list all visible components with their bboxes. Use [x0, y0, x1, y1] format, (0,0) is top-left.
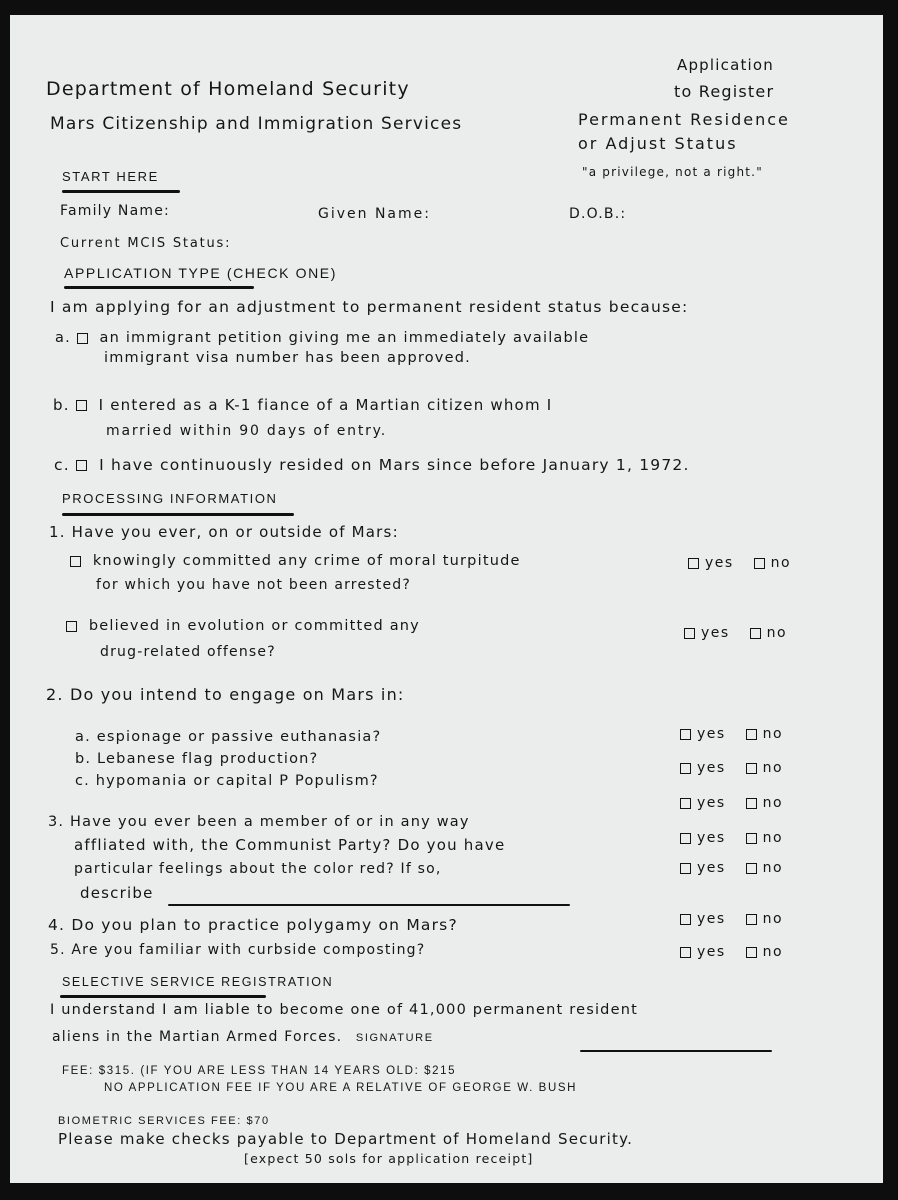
- option-b-checkbox[interactable]: [76, 400, 87, 411]
- question-1-item-2-text: believed in evolution or committed any: [89, 618, 420, 634]
- option-a-line2: immigrant visa number has been approved.: [104, 351, 471, 366]
- application-intro: I am applying for an adjustment to perma…: [50, 300, 688, 316]
- q1-item1-yes-checkbox[interactable]: [688, 558, 699, 569]
- q4-yes-checkbox[interactable]: [680, 914, 691, 925]
- yes-label: yes: [697, 830, 726, 846]
- question-1-item-1-checkbox[interactable]: [70, 556, 81, 567]
- yes-label: yes: [705, 555, 734, 571]
- question-1-item-1-line2: for which you have not been arrested?: [96, 578, 411, 592]
- q2a-letter: a.: [75, 729, 91, 745]
- selective-service-underline: [60, 995, 266, 998]
- question-3-line3: particular feelings about the color red?…: [74, 862, 442, 876]
- yes-label: yes: [697, 911, 726, 927]
- payable-line: Please make checks payable to Department…: [58, 1132, 633, 1147]
- option-b-letter: b.: [53, 396, 70, 414]
- q4-no-checkbox[interactable]: [746, 914, 757, 925]
- q2c-yes-checkbox[interactable]: [680, 798, 691, 809]
- option-c-text: I have continuously resided on Mars sinc…: [99, 456, 689, 474]
- q2a-yes-no: yes no: [680, 727, 797, 741]
- no-label: no: [763, 726, 783, 742]
- no-label: no: [763, 830, 783, 846]
- option-a-checkbox[interactable]: [77, 333, 88, 344]
- q3a-no-checkbox[interactable]: [746, 833, 757, 844]
- application-type-underline: [64, 286, 254, 289]
- q2a-no-checkbox[interactable]: [746, 729, 757, 740]
- question-2-item-c: c. hypomania or capital P Populism?: [75, 774, 379, 789]
- tagline: "a privilege, not a right.": [582, 166, 763, 178]
- processing-underline: [62, 513, 294, 516]
- q3b-yes-no: yes no: [680, 861, 797, 875]
- fee-waiver-line: NO APPLICATION FEE IF YOU ARE A RELATIVE…: [104, 1083, 577, 1095]
- question-1-item-2-checkbox[interactable]: [66, 621, 77, 632]
- yes-label: yes: [697, 760, 726, 776]
- q2a-yes-checkbox[interactable]: [680, 729, 691, 740]
- selective-service-line1: I understand I am liable to become one o…: [50, 1003, 638, 1018]
- q4-yes-no: yes no: [680, 912, 797, 926]
- option-c-letter: c.: [54, 456, 70, 474]
- option-b: b. I entered as a K-1 fiance of a Martia…: [53, 398, 552, 413]
- q2b-letter: b.: [75, 751, 91, 767]
- question-1-item-2-line2: drug-related offense?: [100, 645, 276, 659]
- option-c: c. I have continuously resided on Mars s…: [54, 458, 690, 474]
- question-3-line1: 3. Have you ever been a member of or in …: [48, 815, 470, 830]
- question-2-item-b: b. Lebanese flag production?: [75, 752, 318, 767]
- q5-yes-checkbox[interactable]: [680, 947, 691, 958]
- question-3-line4: describe: [80, 886, 154, 901]
- question-1-item-2-yes-no: yes no: [684, 626, 801, 640]
- no-label: no: [763, 944, 783, 960]
- question-3-line2: affliated with, the Communist Party? Do …: [74, 838, 505, 853]
- mcis-status-label: Current MCIS Status:: [60, 237, 231, 250]
- q2b-text: Lebanese flag production?: [97, 751, 318, 767]
- option-c-checkbox[interactable]: [76, 460, 87, 471]
- agency-name: Department of Homeland Security: [46, 80, 410, 99]
- q2c-letter: c.: [75, 773, 90, 789]
- service-name: Mars Citizenship and Immigration Service…: [50, 116, 462, 133]
- start-here-heading: START HERE: [62, 170, 159, 183]
- selective-service-heading: SELECTIVE SERVICE REGISTRATION: [62, 976, 333, 989]
- question-4: 4. Do you plan to practice polygamy on M…: [48, 918, 458, 934]
- form-title-line1: Application: [677, 58, 774, 73]
- no-label: no: [763, 760, 783, 776]
- biometric-fee-line: BIOMETRIC SERVICES FEE: $70: [58, 1116, 270, 1127]
- q2b-yes-no: yes no: [680, 761, 797, 775]
- q2b-yes-checkbox[interactable]: [680, 763, 691, 774]
- question-1-item-1-text: knowingly committed any crime of moral t…: [93, 553, 521, 569]
- q2a-text: espionage or passive euthanasia?: [97, 729, 382, 745]
- selective-service-text: aliens in the Martian Armed Forces.: [52, 1029, 342, 1045]
- no-label: no: [763, 860, 783, 876]
- yes-label: yes: [697, 860, 726, 876]
- q3a-yes-no: yes no: [680, 831, 797, 845]
- yes-label: yes: [701, 625, 730, 641]
- question-1-item-1: knowingly committed any crime of moral t…: [70, 554, 521, 569]
- q3b-yes-checkbox[interactable]: [680, 863, 691, 874]
- question-1: 1. Have you ever, on or outside of Mars:: [49, 525, 399, 540]
- family-name-label: Family Name:: [60, 204, 170, 218]
- no-label: no: [771, 555, 791, 571]
- signature-input-line[interactable]: [580, 1050, 772, 1052]
- yes-label: yes: [697, 795, 726, 811]
- q2c-no-checkbox[interactable]: [746, 798, 757, 809]
- question-2-item-a: a. espionage or passive euthanasia?: [75, 730, 381, 745]
- yes-label: yes: [697, 944, 726, 960]
- receipt-note: [expect 50 sols for application receipt]: [244, 1153, 534, 1166]
- dob-label: D.O.B.:: [569, 207, 626, 221]
- no-label: no: [763, 911, 783, 927]
- selective-service-line2: aliens in the Martian Armed Forces. SIGN…: [52, 1030, 434, 1044]
- q2c-yes-no: yes no: [680, 796, 797, 810]
- processing-heading: PROCESSING INFORMATION: [62, 492, 278, 505]
- q5-yes-no: yes no: [680, 945, 797, 959]
- application-type-heading: APPLICATION TYPE (CHECK ONE): [64, 266, 337, 280]
- question-5: 5. Are you familiar with curbside compos…: [50, 943, 425, 957]
- question-2: 2. Do you intend to engage on Mars in:: [46, 687, 405, 703]
- given-name-label: Given Name:: [318, 207, 431, 221]
- q5-no-checkbox[interactable]: [746, 947, 757, 958]
- q3b-no-checkbox[interactable]: [746, 863, 757, 874]
- describe-input-line[interactable]: [168, 904, 570, 906]
- form-title-line2: to Register: [674, 84, 774, 100]
- q1-item2-no-checkbox[interactable]: [750, 628, 761, 639]
- question-1-item-1-yes-no: yes no: [688, 556, 805, 570]
- option-a-text: an immigrant petition giving me an immed…: [100, 330, 590, 346]
- q1-item1-no-checkbox[interactable]: [754, 558, 765, 569]
- option-b-line2: married within 90 days of entry.: [106, 424, 387, 438]
- question-1-item-2: believed in evolution or committed any: [66, 619, 420, 634]
- form-title-line3: Permanent Residence: [578, 112, 790, 128]
- q2b-no-checkbox[interactable]: [746, 763, 757, 774]
- q3a-yes-checkbox[interactable]: [680, 833, 691, 844]
- no-label: no: [763, 795, 783, 811]
- option-a-letter: a.: [55, 330, 71, 346]
- option-a: a. an immigrant petition giving me an im…: [55, 331, 589, 346]
- option-b-text: I entered as a K-1 fiance of a Martian c…: [99, 396, 553, 414]
- no-label: no: [767, 625, 787, 641]
- fee-line: FEE: $315. (IF YOU ARE LESS THAN 14 YEAR…: [62, 1066, 456, 1078]
- q1-item2-yes-checkbox[interactable]: [684, 628, 695, 639]
- start-here-underline: [62, 190, 180, 193]
- signature-label: SIGNATURE: [356, 1032, 434, 1044]
- yes-label: yes: [697, 726, 726, 742]
- form-title-line4: or Adjust Status: [578, 136, 738, 152]
- q2c-text: hypomania or capital P Populism?: [96, 773, 379, 789]
